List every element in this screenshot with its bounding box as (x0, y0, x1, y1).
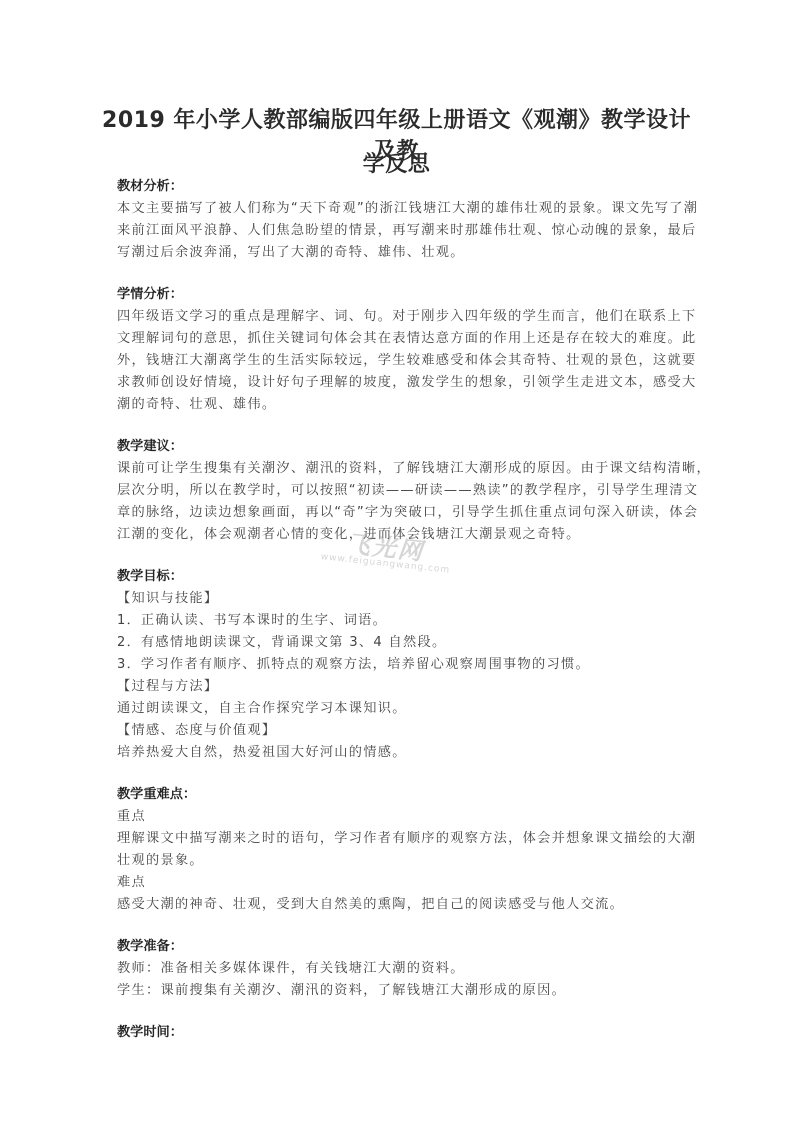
list-text: 有感情地朗读课文，背诵课文第 3、4 自然段。 (141, 635, 447, 650)
section-time: 教学时间： (117, 1022, 682, 1044)
paragraph-line: 求教师创设好情境，设计好句子理解的坡度，激发学生的想象，引领学生走进文本，感受大 (117, 372, 682, 394)
list-number: 3． (117, 657, 141, 672)
document-page: 2019 年小学人教部编版四年级上册语文《观潮》教学设计及教 学反思 教材分析：… (0, 0, 793, 1122)
section-heading: 教材分析： (117, 176, 682, 198)
list-text: 正确认读、书写本课时的生字、词语。 (141, 613, 387, 628)
paragraph-line: 通过朗读课文，自主合作探究学习本课知识。 (117, 698, 682, 720)
difficult-point-label: 难点 (117, 872, 682, 894)
section-heading: 学情分析： (117, 284, 682, 306)
section-heading: 教学时间： (117, 1022, 682, 1044)
paragraph-line: 课前可让学生搜集有关潮汐、潮汛的资料，了解钱塘江大潮形成的原因。由于课文结构清晰… (117, 458, 682, 480)
paragraph-line: 层次分明，所以在教学时，可以按照“初读——研读——熟读”的教学程序，引导学生理清… (117, 480, 682, 502)
paragraph-line: 写潮过后余波奔涌，写出了大潮的奇特、雄伟、壮观。 (117, 242, 682, 264)
list-number: 2． (117, 635, 141, 650)
paragraph-line: 潮的奇特、壮观、雄伟。 (117, 394, 682, 416)
document-title-line-2: 学反思 (100, 147, 693, 178)
paragraph-line: 外，钱塘江大潮离学生的生活实际较远，学生较难感受和体会其奇特、壮观的景色，这就要 (117, 350, 682, 372)
paragraph-line: 四年级语文学习的重点是理解字、词、句。对于刚步入四年级的学生而言，他们在联系上下 (117, 306, 682, 328)
paragraph-line: 文理解词句的意思，抓住关键词句体会其在表情达意方面的作用上还是存在较大的难度。此 (117, 328, 682, 350)
list-text: 学习作者有顺序、抓特点的观察方法，培养留心观察周围事物的习惯。 (141, 657, 590, 672)
list-number: 1． (117, 613, 141, 628)
subheading-process: 【过程与方法】 (117, 676, 682, 698)
section-heading: 教学准备： (117, 936, 682, 958)
list-item: 1．正确认读、书写本课时的生字、词语。 (117, 610, 682, 632)
paragraph-line: 壮观的景象。 (117, 850, 682, 872)
section-student-analysis: 学情分析： 四年级语文学习的重点是理解字、词、句。对于刚步入四年级的学生而言，他… (117, 284, 682, 416)
paragraph-line: 本文主要描写了被人们称为“天下奇观”的浙江钱塘江大潮的雄伟壮观的景象。课文先写了… (117, 198, 682, 220)
paragraph-line: 来前江面风平浪静、人们焦急盼望的情景，再写潮来时那雄伟壮观、惊心动魄的景象，最后 (117, 220, 682, 242)
paragraph-line: 感受大潮的神奇、壮观，受到大自然美的熏陶，把自己的阅读感受与他人交流。 (117, 894, 682, 916)
list-item: 3．学习作者有顺序、抓特点的观察方法，培养留心观察周围事物的习惯。 (117, 654, 682, 676)
paragraph-line: 培养热爱大自然，热爱祖国大好河山的情感。 (117, 742, 682, 764)
list-item: 2．有感情地朗读课文，背诵课文第 3、4 自然段。 (117, 632, 682, 654)
subheading-emotion: 【情感、态度与价值观】 (117, 720, 682, 742)
paragraph-line: 理解课文中描写潮来之时的语句，学习作者有顺序的观察方法，体会并想象课文描绘的大潮 (117, 828, 682, 850)
section-key-points: 教学重难点： 重点 理解课文中描写潮来之时的语句，学习作者有顺序的观察方法，体会… (117, 784, 682, 916)
key-point-label: 重点 (117, 806, 682, 828)
paragraph-line: 教师：准备相关多媒体课件，有关钱塘江大潮的资料。 (117, 958, 682, 980)
section-heading: 教学重难点： (117, 784, 682, 806)
section-teaching-goals: 教学目标： 【知识与技能】 1．正确认读、书写本课时的生字、词语。 2．有感情地… (117, 566, 682, 764)
document-body: 教材分析： 本文主要描写了被人们称为“天下奇观”的浙江钱塘江大潮的雄伟壮观的景象… (117, 176, 682, 1044)
section-heading: 教学建议： (117, 436, 682, 458)
paragraph-line: 学生：课前搜集有关潮汐、潮汛的资料，了解钱塘江大潮形成的原因。 (117, 980, 682, 1002)
subheading-knowledge: 【知识与技能】 (117, 588, 682, 610)
section-preparation: 教学准备： 教师：准备相关多媒体课件，有关钱塘江大潮的资料。 学生：课前搜集有关… (117, 936, 682, 1002)
paragraph-line: 章的脉络，边读边想象画面，再以“奇”字为突破口，引导学生抓住重点词句深入研读，体… (117, 502, 682, 524)
section-material-analysis: 教材分析： 本文主要描写了被人们称为“天下奇观”的浙江钱塘江大潮的雄伟壮观的景象… (117, 176, 682, 264)
